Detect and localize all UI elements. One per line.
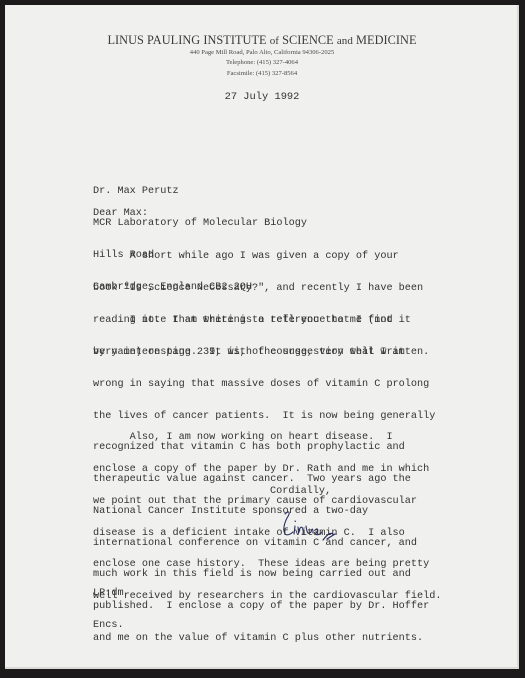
institute-address: 440 Page Mill Road, Palo Alto, Californi…: [5, 48, 519, 58]
address-line: Dr. Max Perutz: [93, 187, 307, 198]
text-line: A short while ago I was given a copy of …: [93, 252, 429, 263]
text-line: wrong in saying that massive doses of vi…: [93, 380, 435, 391]
letter-page: LINUS PAULING INSTITUTE of SCIENCE and M…: [5, 5, 519, 669]
text-line: disease is a deficient intake of vitamin…: [93, 529, 441, 540]
enclosures-note: Encs.: [93, 621, 124, 632]
text-line: we point out that the primary cause of c…: [93, 497, 441, 508]
institute-facsimile: Facsimile: (415) 327-8564: [5, 69, 519, 79]
handwritten-signature: [277, 508, 347, 549]
institute-name: LINUS PAULING INSTITUTE of SCIENCE and M…: [5, 33, 519, 48]
institute-telephone: Telephone: (415) 327-4064: [5, 58, 519, 68]
reference-block: LP:dm Encs.: [93, 568, 124, 653]
closing: Cordially,: [270, 486, 331, 497]
address-line: MCR Laboratory of Molecular Biology: [93, 219, 307, 230]
text-line: I note that there is a reference to me (…: [93, 316, 435, 327]
letter-date: 27 July 1992: [5, 91, 519, 103]
letterhead: LINUS PAULING INSTITUTE of SCIENCE and M…: [5, 33, 519, 79]
text-line: enclose one case history. These ideas ar…: [93, 560, 441, 571]
text-line: by name) on page 239, with the suggestio…: [93, 348, 435, 359]
salutation: Dear Max:: [93, 209, 148, 220]
text-line: well received by researchers in the card…: [93, 592, 441, 603]
typist-initials: LP:dm: [93, 589, 124, 600]
text-line: enclose a copy of the paper by Dr. Rath …: [93, 465, 441, 476]
text-line: Also, I am now working on heart disease.…: [93, 433, 441, 444]
text-line: book "Is Science Necessary?", and recent…: [93, 284, 429, 295]
text-line: and me on the value of vitamin C plus ot…: [93, 634, 435, 645]
paragraph-3: Also, I am now working on heart disease.…: [93, 412, 441, 624]
signature-icon: [277, 508, 347, 544]
